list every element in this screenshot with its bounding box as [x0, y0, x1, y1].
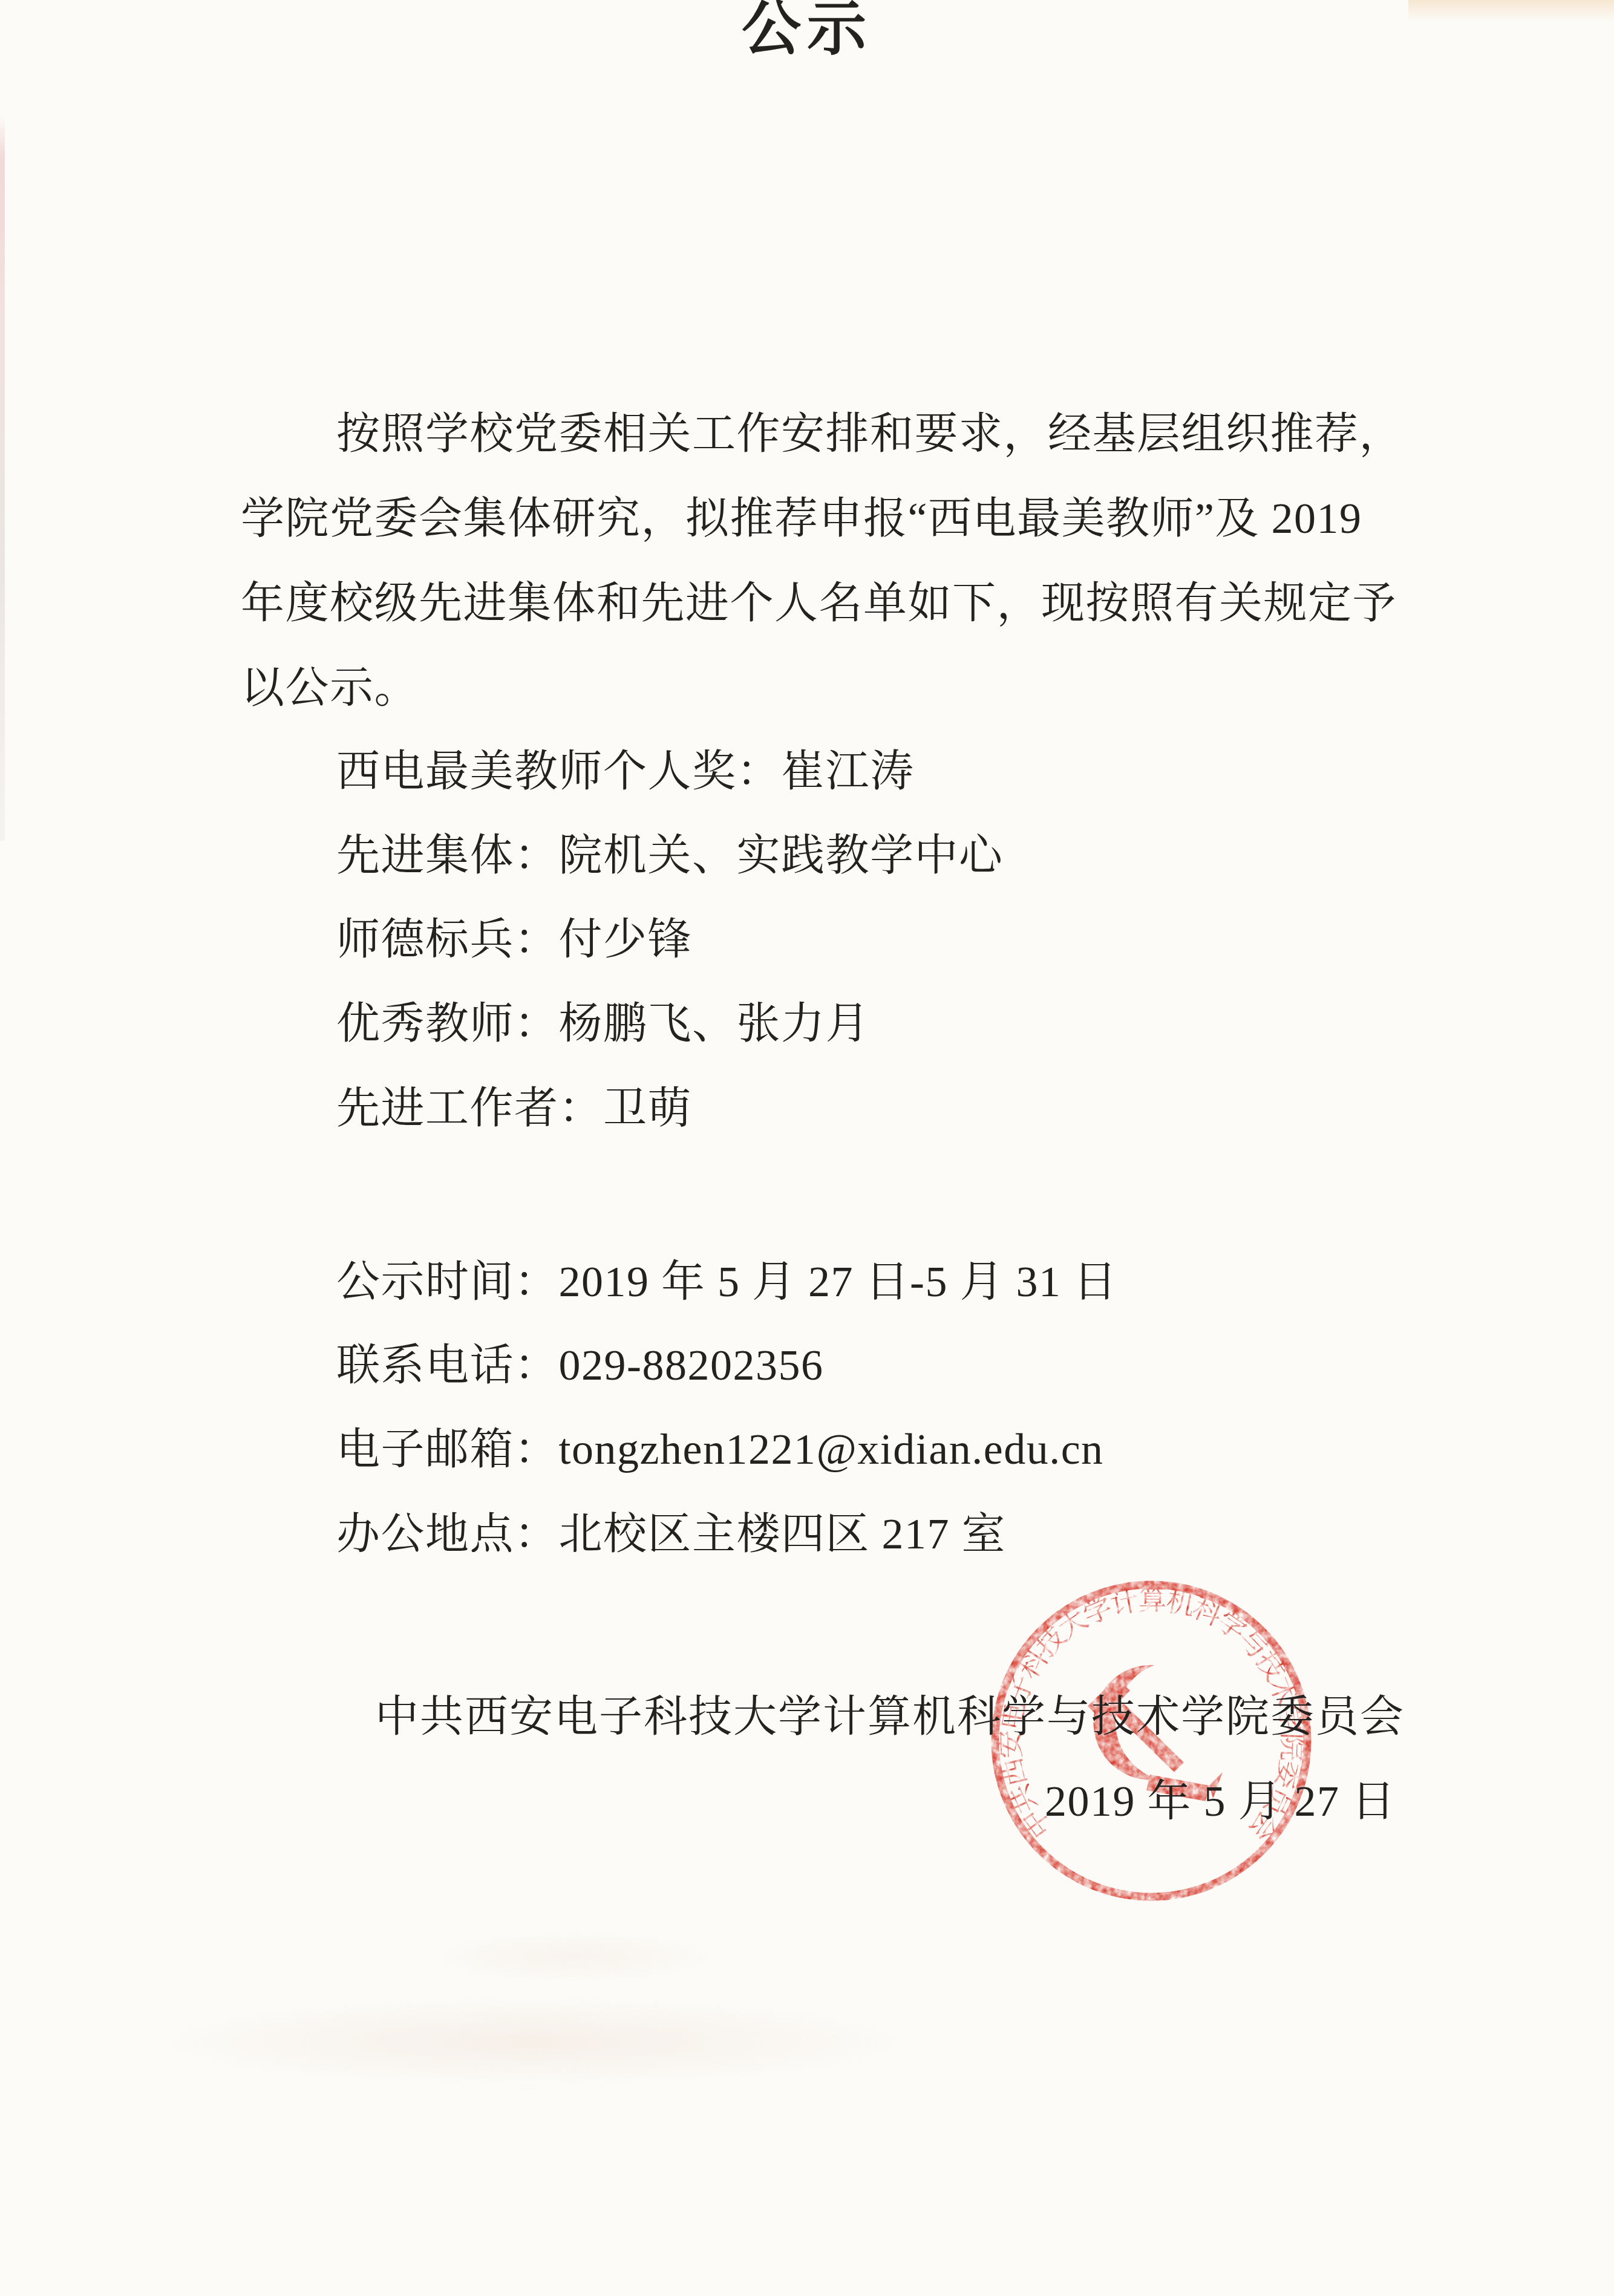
body-line-4: 以公示。 — [241, 666, 419, 709]
award-line-advanced-worker: 先进工作者：卫萌 — [336, 1086, 692, 1130]
body-line-3: 年度校级先进集体和先进个人名单如下，现按照有关规定予 — [241, 581, 1397, 625]
body-line-2: 学院党委会集体研究，拟推荐申报“西电最美教师”及 2019 — [241, 497, 1362, 540]
page-title: 公示 — [0, 0, 1614, 59]
body-line-1: 按照学校党委相关工作安排和要求，经基层组织推荐， — [336, 412, 1403, 455]
scan-artifact-left-edge — [0, 115, 5, 841]
scanned-announcement-page: 中共西安电子科技大学计算机科学与技术学院委员会 公示 按照学校党委相关工作安排和… — [0, 0, 1614, 2296]
award-line-excellent-teacher: 优秀教师：杨鹏飞、张力月 — [336, 1002, 870, 1045]
contact-line-office: 办公地点：北校区主楼四区 217 室 — [336, 1512, 1006, 1556]
signature-committee: 中共西安电子科技大学计算机科学与技术学院委员会 — [375, 1695, 1405, 1738]
award-line-collective: 先进集体：院机关、实践教学中心 — [336, 833, 1004, 877]
award-line-ethics-model: 师德标兵：付少锋 — [336, 918, 692, 961]
scan-smudge-bottom-2 — [423, 1929, 726, 1984]
signature-date: 2019 年 5 月 27 日 — [1045, 1779, 1396, 1823]
official-red-seal: 中共西安电子科技大学计算机科学与技术学院委员会 — [952, 1541, 1351, 1940]
contact-line-phone: 联系电话：029-88202356 — [336, 1343, 823, 1387]
award-line-individual: 西电最美教师个人奖：崔江涛 — [336, 749, 915, 793]
contact-line-email: 电子邮箱：tongzhen1221@xidian.edu.cn — [336, 1427, 1104, 1471]
contact-line-period: 公示时间：2019 年 5 月 27 日-5 月 31 日 — [336, 1260, 1117, 1303]
scan-smudge-bottom — [139, 1996, 926, 2087]
